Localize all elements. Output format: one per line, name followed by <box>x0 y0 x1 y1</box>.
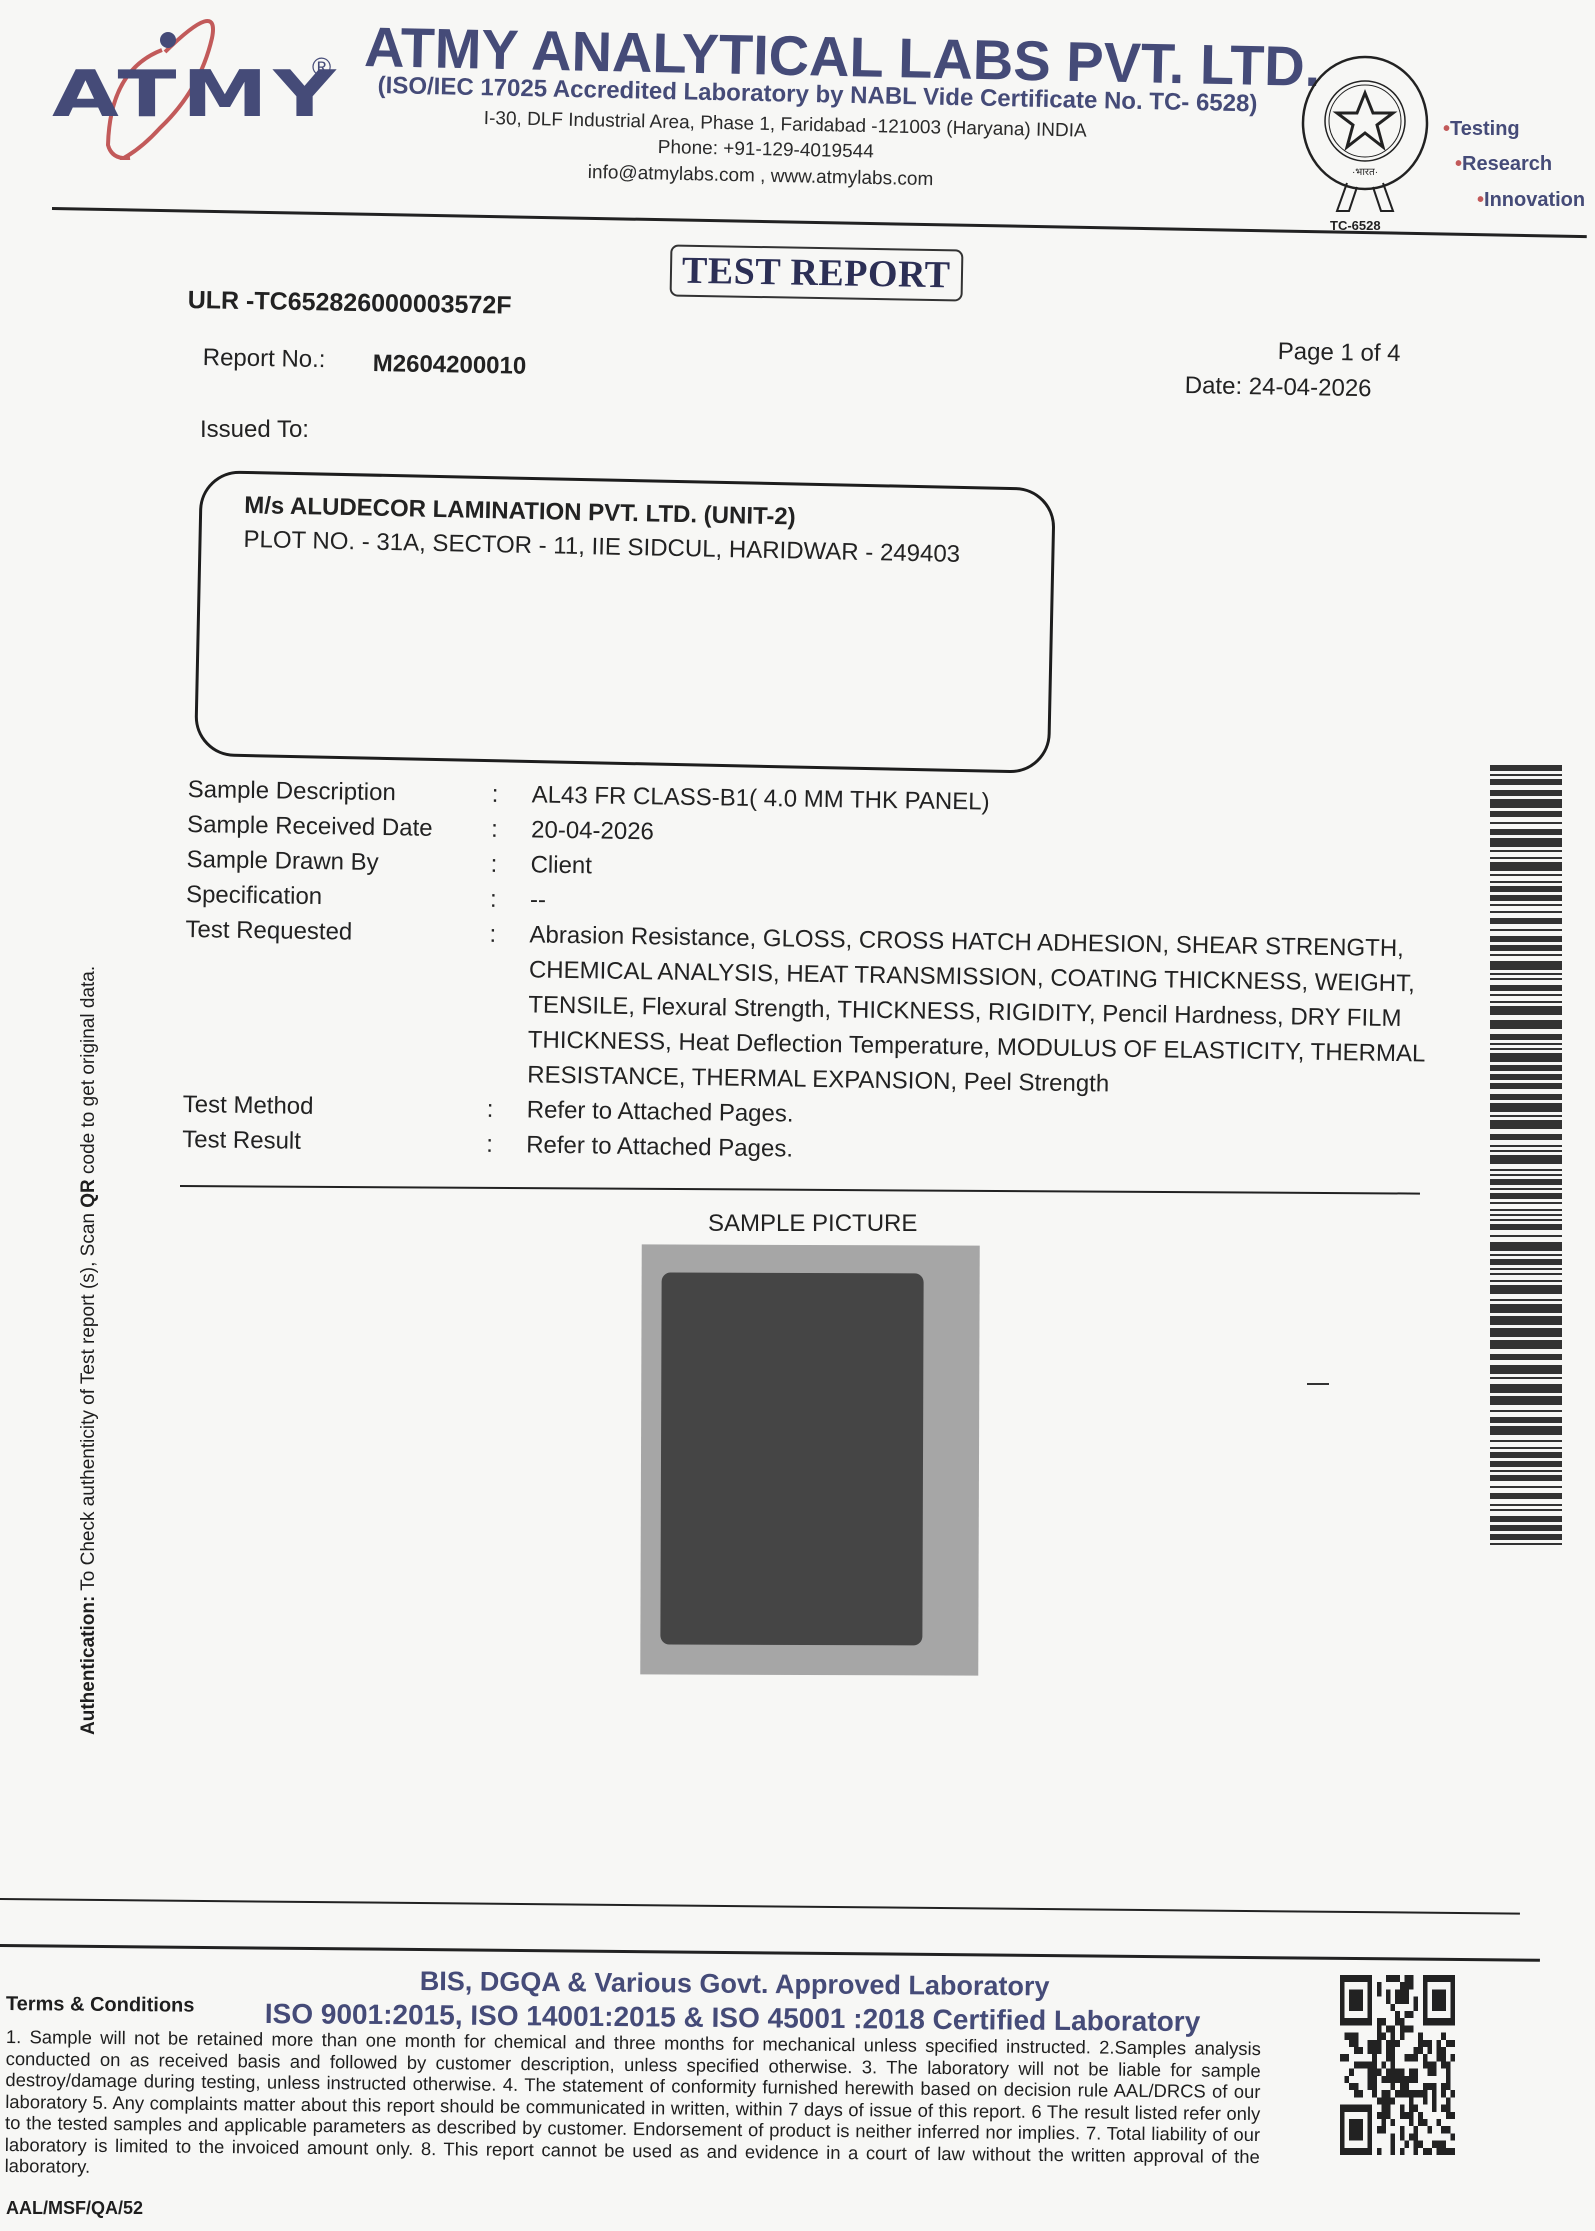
barcode-icon <box>1490 765 1562 1545</box>
detail-label: Test Method <box>183 1087 484 1127</box>
detail-label: Test Requested <box>183 912 486 1092</box>
footer-divider-top <box>0 1898 1520 1915</box>
detail-separator: : <box>483 917 530 1093</box>
tagline-innovation: •Innovation <box>1477 189 1585 212</box>
detail-label: Test Result <box>182 1122 483 1162</box>
page-indicator: Page 1 of 4 <box>1278 338 1401 368</box>
terms-heading: Terms & Conditions <box>6 1993 195 2018</box>
terms-body: 1. Sample will not be retained more than… <box>5 2026 1261 2189</box>
report-date: Date: 24-04-2026 <box>1185 372 1372 403</box>
nabl-seal-icon: ·भारत· <box>1285 55 1445 215</box>
detail-separator: : <box>486 847 531 883</box>
client-name: M/s ALUDECOR LAMINATION PVT. LTD. (UNIT-… <box>244 492 796 532</box>
detail-label: Specification <box>186 877 487 917</box>
sample-details: Sample Description : AL43 FR CLASS-B1( 4… <box>182 772 1478 1177</box>
issued-to-label: Issued To: <box>200 416 309 444</box>
qr-code-icon[interactable] <box>1340 1975 1455 2155</box>
report-no-label: Report No.: <box>203 344 326 374</box>
lab-address: I-30, DLF Industrial Area, Phase 1, Fari… <box>484 108 1087 143</box>
ulr-number: ULR -TC652826000003572F <box>187 286 511 321</box>
detail-label: Sample Description <box>187 772 488 812</box>
detail-separator: : <box>482 1127 527 1163</box>
client-address-box: M/s ALUDECOR LAMINATION PVT. LTD. (UNIT-… <box>194 470 1056 774</box>
scan-mark <box>1307 1383 1329 1385</box>
logo-wordmark: ATMY <box>52 58 341 132</box>
report-title: TEST REPORT <box>670 244 963 301</box>
report-no-value: M2604200010 <box>373 350 527 381</box>
details-divider <box>180 1185 1420 1195</box>
detail-separator: : <box>487 777 532 813</box>
lab-phone: Phone: +91-129-4019544 <box>658 137 874 164</box>
authentication-note: Authentication: To Check authenticity of… <box>78 966 100 1735</box>
detail-label: Sample Received Date <box>187 807 488 847</box>
svg-text:·भारत·: ·भारत· <box>1352 167 1378 178</box>
sample-picture <box>640 1244 979 1675</box>
sample-picture-caption: SAMPLE PICTURE <box>708 1210 917 1238</box>
client-address: PLOT NO. - 31A, SECTOR - 11, IIE SIDCUL,… <box>243 526 960 569</box>
form-code: AAL/MSF/QA/52 <box>6 2198 143 2219</box>
tagline-research: •Research <box>1455 153 1552 176</box>
detail-value: Abrasion Resistance, GLOSS, CROSS HATCH … <box>527 917 1476 1107</box>
detail-separator: : <box>487 812 532 848</box>
registered-mark: ® <box>312 52 331 83</box>
detail-separator: : <box>482 1092 527 1128</box>
sample-panel-image <box>660 1272 923 1645</box>
detail-separator: : <box>486 882 531 918</box>
tagline-testing: •Testing <box>1443 118 1520 141</box>
govt-approval-line: BIS, DGQA & Various Govt. Approved Labor… <box>420 1966 1050 2002</box>
lab-email-website: info@atmylabs.com , www.atmylabs.com <box>588 162 934 191</box>
footer-divider <box>0 1944 1540 1962</box>
detail-row-test-requested: Test Requested : Abrasion Resistance, GL… <box>183 912 1476 1107</box>
detail-label: Sample Drawn By <box>186 842 487 882</box>
